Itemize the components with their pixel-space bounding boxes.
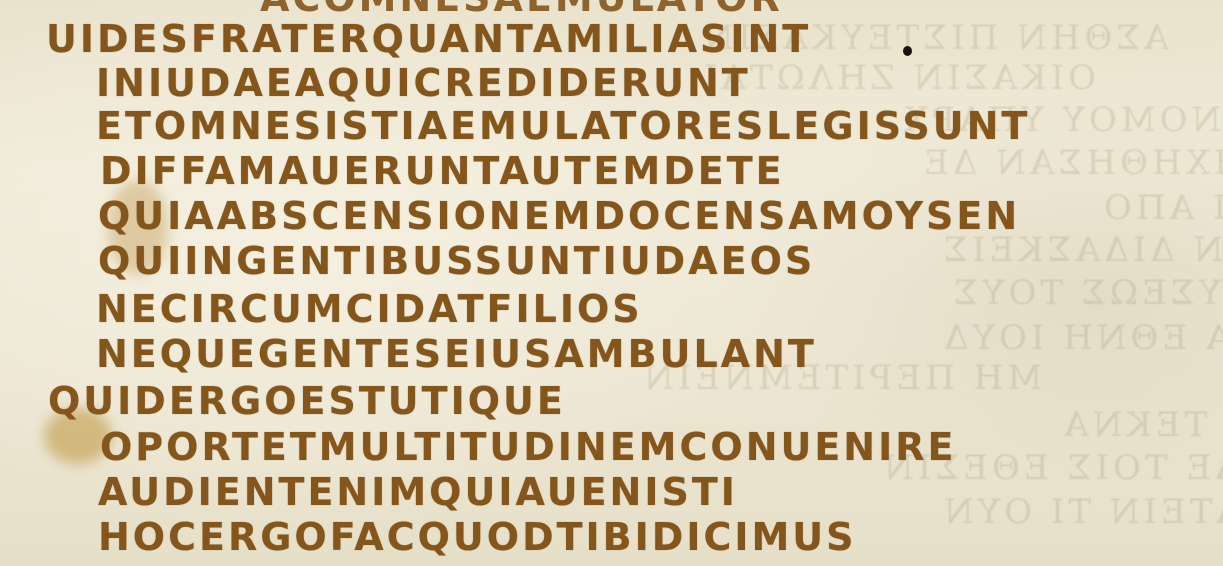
text-line-1: UIDESFRATERQUANTAMILIASINT — [46, 20, 811, 58]
text-line-8: NEQUEGENTESEIUSAMBULANT — [96, 335, 817, 373]
text-line-2: INIUDAEAQUICREDIDERUNT — [96, 64, 751, 102]
text-line-5: QUIAABSCENSIONEMDOCENSAMOYSEN — [98, 197, 1020, 235]
ink-blot — [903, 46, 912, 56]
text-line-4: DIFFAMAUERUNTAUTEMDETE — [100, 152, 785, 190]
text-line-3: ETOMNESISTIAEMULATORESLEGISSUNT — [96, 107, 1030, 145]
manuscript-text: ACOMNESAEMULATOR UIDESFRATERQUANTAMILIAS… — [0, 0, 1223, 566]
text-line-9: QUIDERGOESTUTIQUE — [48, 382, 566, 420]
text-line-6: QUIINGENTIBUSSUNTIUDAEOS — [98, 242, 815, 280]
text-line-7: NECIRCUMCIDATFILIOS — [96, 290, 643, 328]
text-line-12: HOCERGOFACQUODTIBIDICIMUS — [98, 518, 857, 556]
text-line-10: OPORTETMULTITUDINEMCONUENIRE — [100, 428, 956, 466]
text-line-11: AUDIENTENIMQUIAUENISTI — [98, 473, 738, 511]
